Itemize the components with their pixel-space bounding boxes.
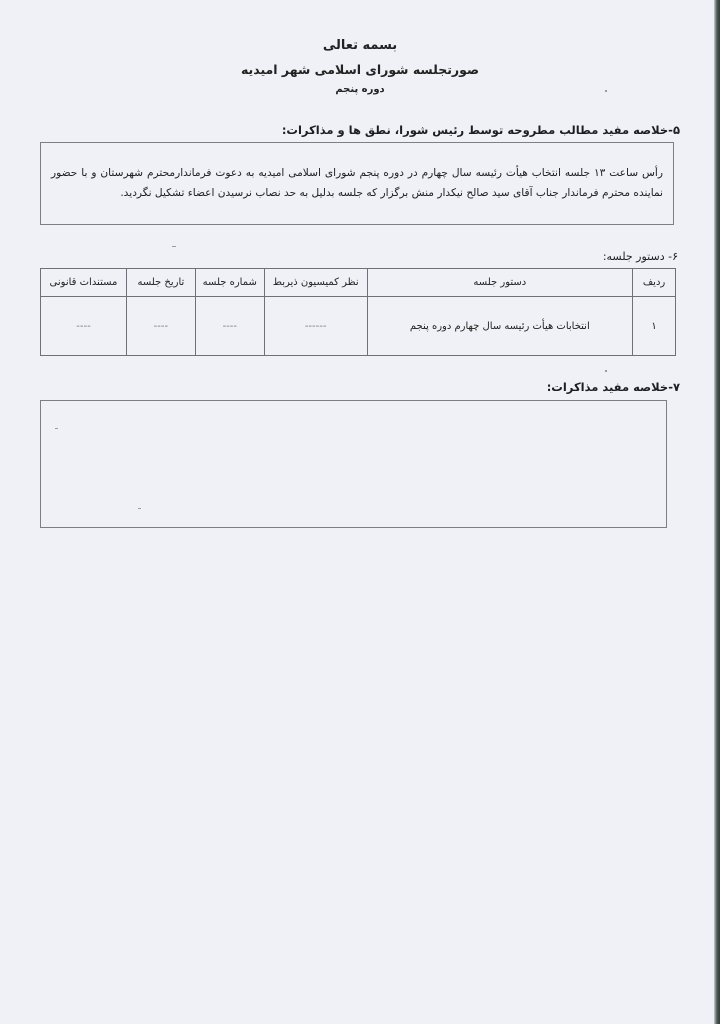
section5-summary-text: رأس ساعت ۱۳ جلسه انتخاب هیأت رئیسه سال چ… — [51, 163, 663, 203]
section5-title: ۵-خلاصه مفید مطالب مطروحه توسط رئیس شورا… — [282, 123, 680, 137]
council-period: دوره پنجم — [0, 84, 720, 95]
agenda-table: ردیف دستور جلسه نظر کمیسیون ذیربط شماره … — [40, 268, 676, 356]
section6-title: ۶- دستور جلسه: — [603, 250, 678, 263]
scan-speck — [55, 428, 58, 429]
col-header-session-number: شماره جلسه — [195, 269, 264, 297]
section7-discussion-box — [40, 400, 667, 528]
document-page: بسمه تعالی صورتجلسه شورای اسلامی شهر امی… — [0, 0, 714, 1024]
col-header-row-no: ردیف — [633, 269, 676, 297]
col-header-legal-documents: مستندات قانونی — [41, 269, 127, 297]
col-header-commission-opinion: نظر کمیسیون ذیربط — [264, 269, 367, 297]
scan-speck — [172, 246, 176, 247]
document-title: صورتجلسه شورای اسلامی شهر امیدیه — [0, 62, 720, 77]
scan-speck — [605, 370, 607, 372]
cell-commission-opinion: ------ — [264, 297, 367, 356]
invocation-heading: بسمه تعالی — [0, 38, 720, 53]
scan-edge-shadow — [714, 0, 720, 1024]
cell-legal-documents: ---- — [41, 297, 127, 356]
scan-speck — [138, 508, 141, 509]
cell-row-no: ۱ — [633, 297, 676, 356]
col-header-agenda: دستور جلسه — [367, 269, 632, 297]
scan-speck — [605, 90, 607, 92]
section7-title: ۷-خلاصه مفید مذاکرات: — [547, 380, 680, 394]
agenda-table-header: ردیف دستور جلسه نظر کمیسیون ذیربط شماره … — [41, 269, 676, 297]
section5-summary-box: رأس ساعت ۱۳ جلسه انتخاب هیأت رئیسه سال چ… — [40, 142, 674, 225]
cell-session-number: ---- — [195, 297, 264, 356]
cell-session-date: ---- — [126, 297, 195, 356]
table-row: ۱ انتخابات هیأت رئیسه سال چهارم دوره پنج… — [41, 297, 676, 356]
col-header-session-date: تاریخ جلسه — [126, 269, 195, 297]
cell-agenda: انتخابات هیأت رئیسه سال چهارم دوره پنجم — [367, 297, 632, 356]
